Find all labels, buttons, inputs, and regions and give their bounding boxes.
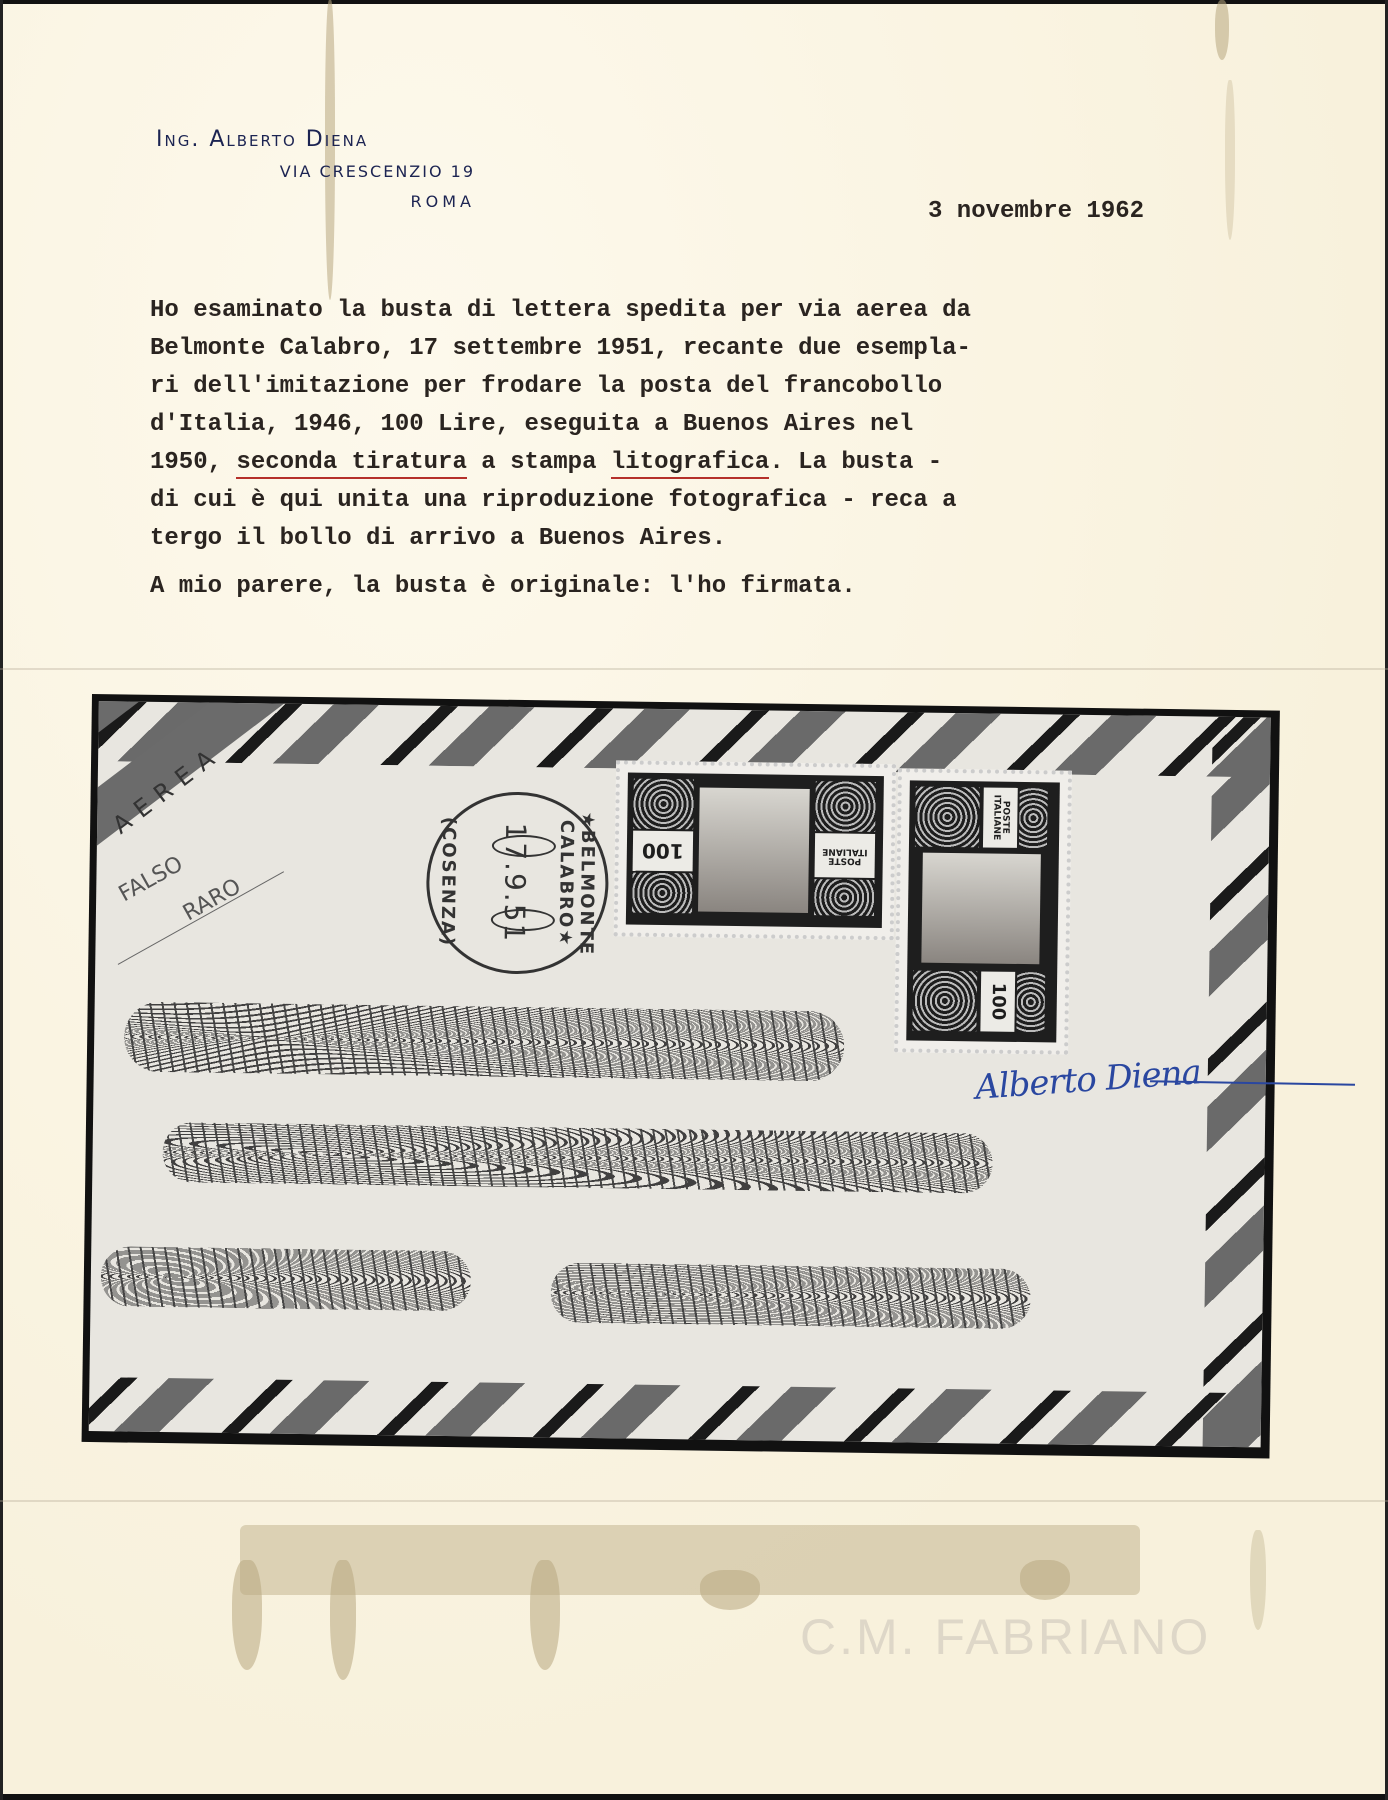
- stamp-image: [921, 853, 1041, 965]
- stain: [232, 1560, 262, 1670]
- scan-edge-bottom: [0, 1794, 1388, 1800]
- stamp-inverted: 100 POSTE ITALIANE: [614, 760, 896, 940]
- stamp-image: [698, 787, 810, 913]
- body-line: d'Italia, 1946, 100 Lire, eseguita a Bue…: [150, 406, 1210, 444]
- stamp-value: 100: [633, 831, 694, 872]
- redacted-address-line: [100, 1246, 471, 1311]
- stamp-ornament: [814, 879, 874, 916]
- stain: [530, 1560, 560, 1670]
- stain: [330, 1560, 356, 1680]
- redacted-address-line: [162, 1122, 993, 1194]
- sender-name: Ing. Alberto Diena: [150, 126, 475, 154]
- stamp-ornament: [633, 779, 694, 830]
- stamp-ornament: [915, 787, 980, 848]
- stamp-ornament: [912, 970, 977, 1031]
- handwritten-note: RARO: [179, 874, 245, 926]
- postmark-date: 17.9.51: [497, 795, 532, 971]
- stain: [240, 1525, 1140, 1595]
- body-text-fragment: . La busta -: [769, 449, 942, 476]
- body-line: di cui è qui unita una riproduzione foto…: [150, 482, 1210, 520]
- paper-fold: [0, 1500, 1388, 1502]
- postmark-town: ★BELMONTE CALABRO★: [554, 795, 598, 972]
- body-line: ri dell'imitazione per frodare la posta …: [150, 368, 1210, 406]
- body-line: tergo il bollo di arrivo a Buenos Aires.: [150, 520, 1210, 558]
- stamp-issuer: POSTE ITALIANE: [815, 833, 876, 878]
- body-text-fragment: 1950,: [150, 449, 236, 476]
- sender-city: Roma: [150, 188, 475, 216]
- underlined-phrase: seconda tiratura: [236, 449, 466, 479]
- stain: [1215, 0, 1229, 60]
- stamp-issuer: POSTE ITALIANE: [983, 787, 1018, 847]
- scan-edge-left: [0, 0, 3, 1800]
- stamp-ornament: [815, 781, 876, 832]
- stamp-value: 100: [980, 971, 1015, 1031]
- underlined-phrase: litografica: [611, 449, 769, 479]
- closing-statement: A mio parere, la busta è originale: l'ho…: [150, 568, 1210, 606]
- stain: [1250, 1530, 1266, 1630]
- letter-body: Ho esaminato la busta di lettera spedita…: [150, 292, 1210, 606]
- body-line: Ho esaminato la busta di lettera spedita…: [150, 292, 1210, 330]
- scan-edge-top: [0, 0, 1388, 4]
- handwritten-note: FALSO: [115, 852, 188, 908]
- stamp-ornament: [632, 873, 693, 914]
- body-line: Belmonte Calabro, 17 settembre 1951, rec…: [150, 330, 1210, 368]
- redacted-address-line: [550, 1262, 1031, 1329]
- letterhead: Ing. Alberto Diena via Crescenzio 19 Rom…: [150, 126, 475, 216]
- stain: [1020, 1560, 1070, 1600]
- sender-address: via Crescenzio 19: [150, 156, 475, 188]
- letter-date: 3 novembre 1962: [928, 198, 1144, 225]
- letter-paper: Ing. Alberto Diena via Crescenzio 19 Rom…: [0, 0, 1388, 1800]
- paper-fold: [0, 668, 1388, 670]
- stamp-ornament: [1016, 972, 1045, 1032]
- paper-watermark: C.M. FABRIANO: [800, 1608, 1211, 1666]
- redacted-address-line: [124, 1001, 845, 1081]
- postmark: ★BELMONTE CALABRO★ 17.9.51 (COSENZA): [425, 791, 610, 976]
- body-text-fragment: a stampa: [467, 449, 611, 476]
- airmail-border-bottom: [89, 1377, 1262, 1447]
- stain: [700, 1570, 760, 1610]
- postmark-province: (COSENZA): [436, 794, 459, 970]
- stamp-upright: POSTE ITALIANE 100: [894, 768, 1072, 1054]
- stamp-ornament: [1019, 788, 1048, 848]
- stain: [1225, 80, 1235, 240]
- body-line: 1950, seconda tiratura a stampa litograf…: [150, 444, 1210, 482]
